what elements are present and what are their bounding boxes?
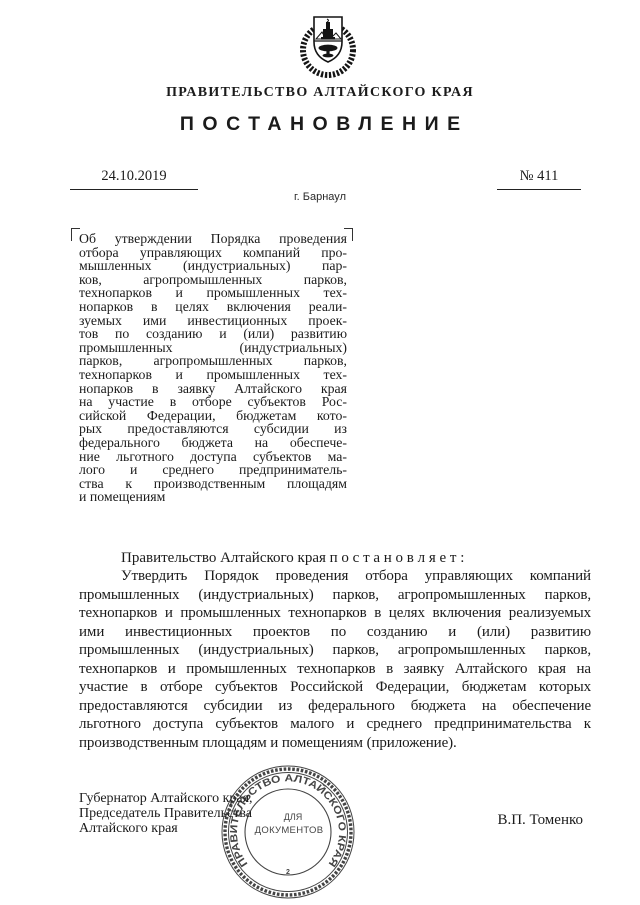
decree-body-paragraph: Утвердить Порядок проведения отбора упра… bbox=[79, 567, 591, 752]
text-line: лого и среднего предприниматель- bbox=[79, 463, 347, 477]
text-line: ства к производственным площадям bbox=[79, 477, 347, 491]
text-line: технопарков и промышленных тех- bbox=[79, 286, 347, 300]
text-line: на участие в отборе субъектов Рос- bbox=[79, 395, 347, 409]
text-line: нопарков в целях включения реали- bbox=[79, 300, 347, 314]
text-line: промышленных (индустриальных) bbox=[79, 341, 347, 355]
stamp-center-line2: ДОКУМЕНТОВ bbox=[255, 825, 324, 836]
text-line: тов по созданию и (или) развитию bbox=[79, 327, 347, 341]
text-line: технопарков и промышленных технопарков в… bbox=[79, 604, 591, 623]
text-line: зуемых ими инвестиционных проек- bbox=[79, 314, 347, 328]
document-city: г. Барнаул bbox=[0, 191, 640, 203]
text-line: технопарков и промышленных тех- bbox=[79, 368, 347, 382]
text-line: Утвердить Порядок проведения отбора упра… bbox=[79, 567, 591, 586]
text-line: участие в отборе субъектов Российской Фе… bbox=[79, 678, 591, 697]
text-line: рых предоставляются субсидии из bbox=[79, 422, 347, 436]
text-line: льготного доступа субъектов малого и сре… bbox=[79, 715, 591, 734]
decree-enacting-clause: Правительство Алтайского края п о с т а … bbox=[79, 549, 591, 568]
text-line: технопарков и промышленных технопарков в… bbox=[79, 660, 591, 679]
text-line: ков, агропромышленных парков, bbox=[79, 273, 347, 287]
text-line: Об утверждении Порядка проведения bbox=[79, 232, 347, 246]
text-line: производственным площадям и помещениям (… bbox=[79, 734, 591, 753]
text-line: сийской Федерации, бюджетам кото- bbox=[79, 409, 347, 423]
text-line: предоставляются субсидии из федерального… bbox=[79, 697, 591, 716]
document-type-title: ПОСТАНОВЛЕНИЕ bbox=[0, 113, 640, 136]
official-round-stamp: ПРАВИТЕЛЬСТВО АЛТАЙСКОГО КРАЯ ДЛЯ ДОКУМЕ… bbox=[217, 761, 359, 903]
text-line: и помещениям bbox=[79, 490, 347, 504]
text-line: нопарков в заявку Алтайского края bbox=[79, 382, 347, 396]
decree-document-page: ПРАВИТЕЛЬСТВО АЛТАЙСКОГО КРАЯ ПОСТАНОВЛЕ… bbox=[0, 0, 640, 905]
stamp-center-line1: ДЛЯ bbox=[284, 812, 303, 822]
government-name-heading: ПРАВИТЕЛЬСТВО АЛТАЙСКОГО КРАЯ bbox=[0, 85, 640, 101]
text-line: ние льготного доступа субъектов ма- bbox=[79, 450, 347, 464]
decree-subject-block: Об утверждении Порядка проведенияотбора … bbox=[79, 232, 347, 504]
text-line: парков, агропромышленных парков, bbox=[79, 354, 347, 368]
text-line: отбора управляющих компаний про- bbox=[79, 246, 347, 260]
text-line: федерального бюджета на обеспече- bbox=[79, 436, 347, 450]
document-date: 24.10.2019 bbox=[70, 168, 198, 190]
altai-krai-coat-of-arms-icon bbox=[296, 8, 360, 80]
text-line: промышленных (индустриальных) парков, аг… bbox=[79, 586, 591, 605]
document-number: № 411 bbox=[497, 168, 581, 190]
text-line: ими инвестиционных проектов по созданию … bbox=[79, 623, 591, 642]
signatory-name: В.П. Томенко bbox=[497, 812, 583, 829]
text-line: промышленных (индустриальных) парков, аг… bbox=[79, 641, 591, 660]
stamp-bottom-number: 2 bbox=[286, 869, 290, 876]
text-line: мышленных (индустриальных) пар- bbox=[79, 259, 347, 273]
